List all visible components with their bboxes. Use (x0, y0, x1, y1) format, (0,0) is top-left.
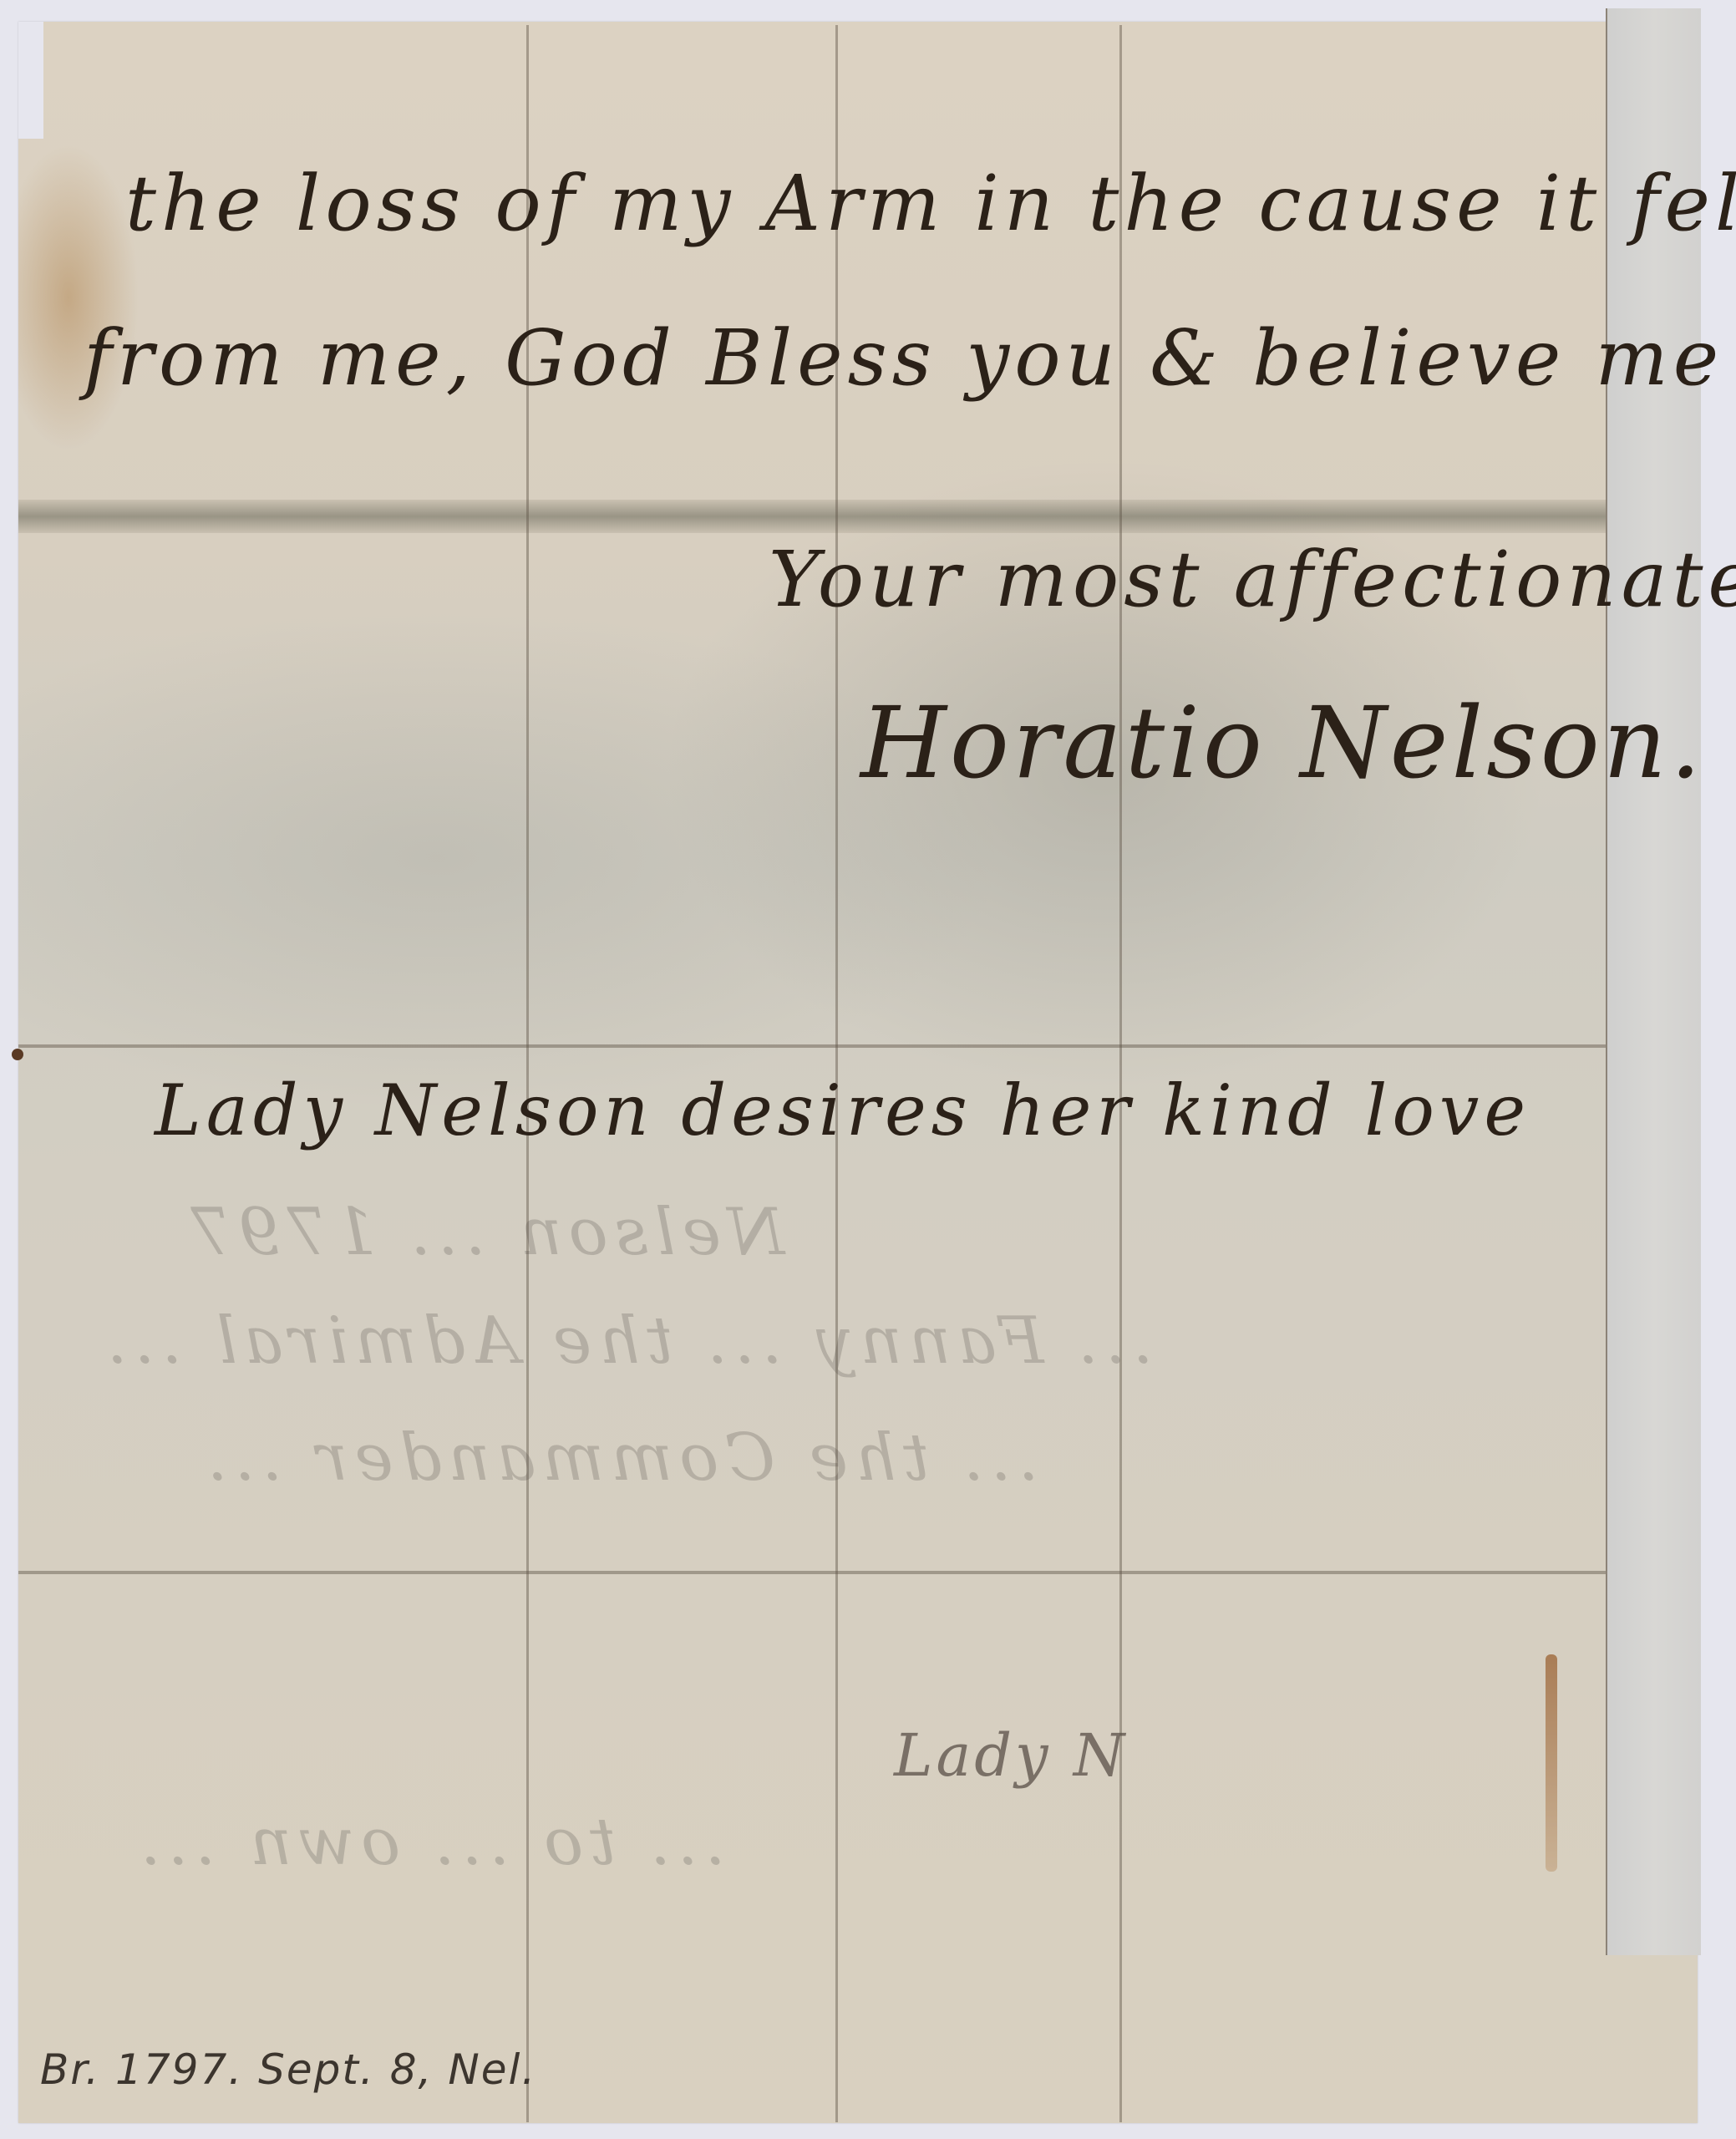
faint-signature: Lady N (894, 1721, 1128, 1790)
mounting-strip (1606, 8, 1701, 1955)
bleed-through-text: ... Fanny ... the Admiral ... (100, 1303, 1154, 1379)
letter-line-1: the loss of my Arm in the cause it fell (125, 159, 1736, 248)
torn-corner (18, 22, 43, 139)
letter-line-2: from me, God Bless you & believe me (84, 313, 1723, 403)
fold-line-horizontal-1 (18, 1044, 1614, 1048)
pin-hole (12, 1049, 23, 1060)
rust-stain (1546, 1654, 1557, 1872)
bleed-through-text: ... to ... own ... (134, 1805, 726, 1880)
bleed-through-text: ... the Commander ... (201, 1420, 1039, 1496)
archival-note: Br. 1797. Sept. 8, Nel. (40, 2045, 536, 2094)
bleed-through-text: Nelson ... 1797 (184, 1195, 784, 1270)
signature: Horatio Nelson. (860, 685, 1704, 800)
postscript: Lady Nelson desires her kind love (155, 1069, 1530, 1151)
horizontal-crease-band (18, 500, 1614, 533)
letter-closing: Your most affectionate (769, 535, 1736, 624)
fold-line-horizontal-2 (18, 1571, 1614, 1574)
